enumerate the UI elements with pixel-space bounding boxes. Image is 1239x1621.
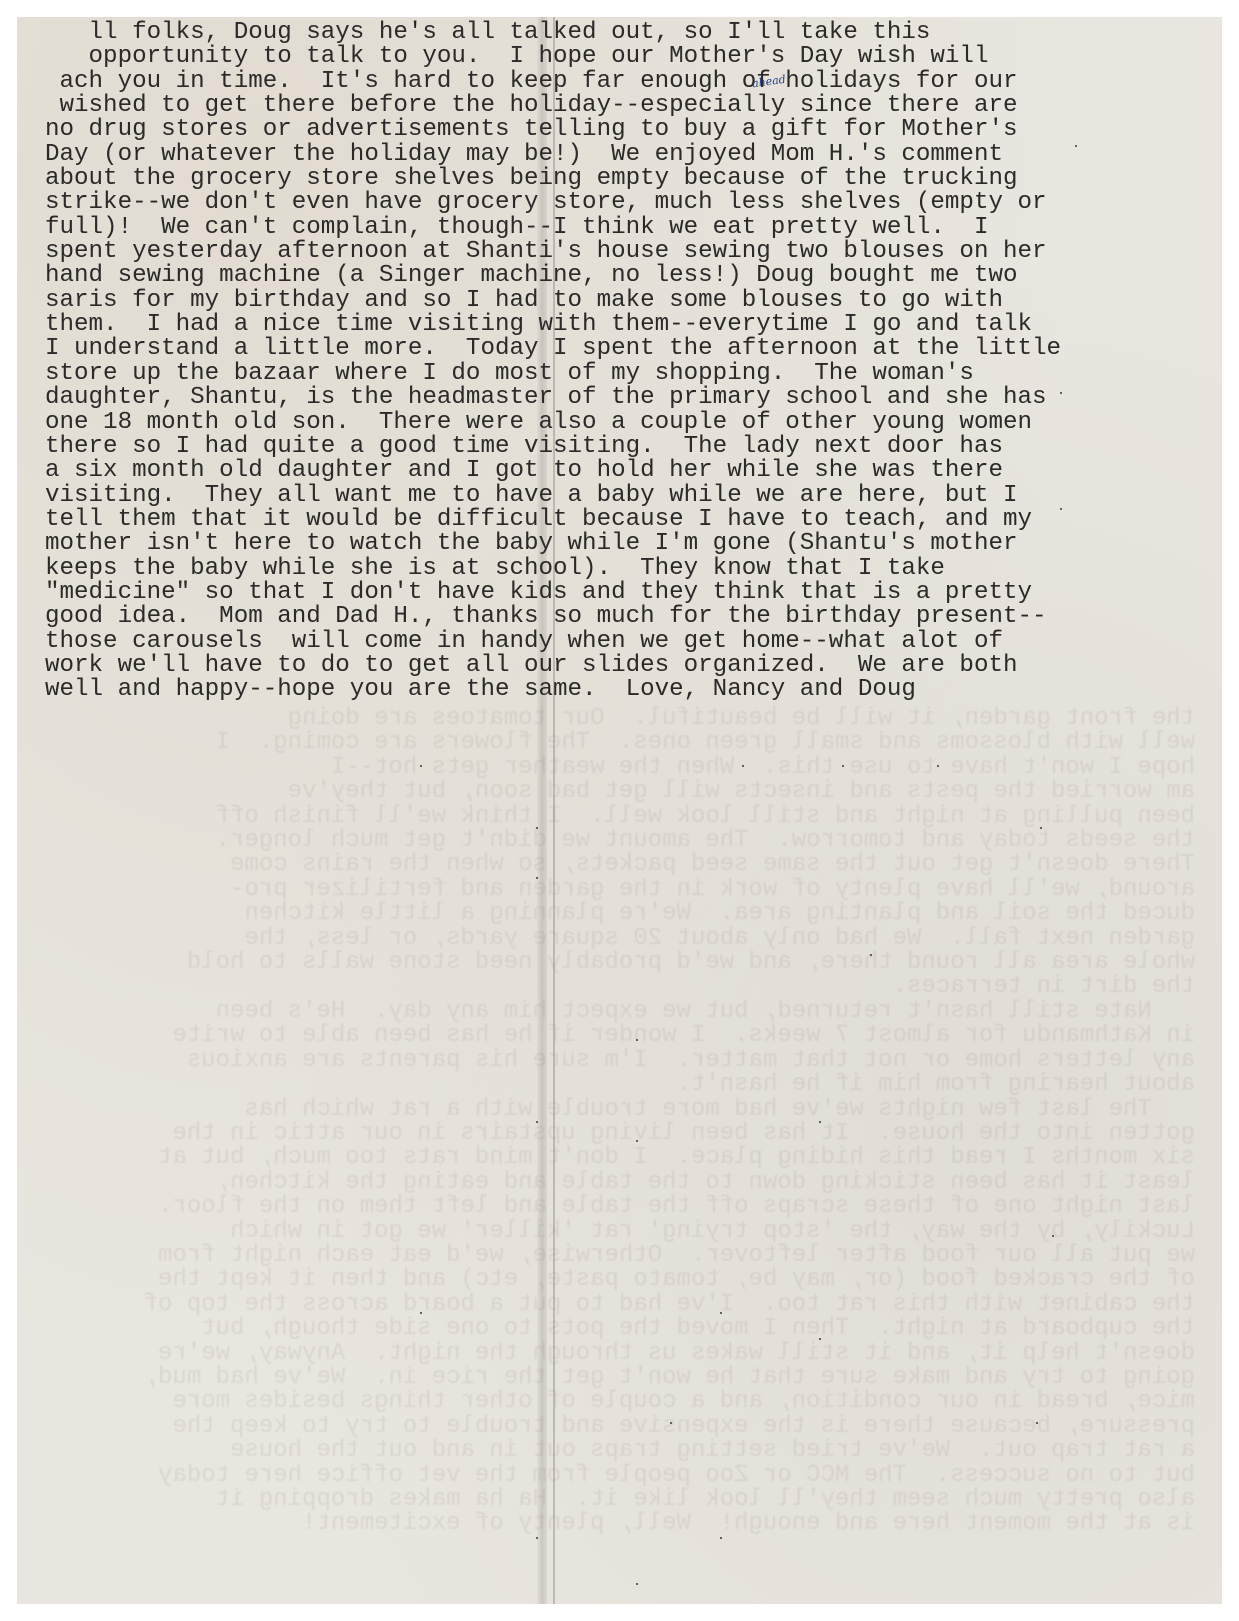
bleed-line: six months I read this hiding place. I d… <box>45 1146 1195 1170</box>
bleed-line: around, we'll have plenty of work in the… <box>45 878 1195 902</box>
letter-line: hand sewing machine (a Singer machine, n… <box>45 264 1061 288</box>
bleed-line: doesn't help it, and it still wakes us t… <box>45 1342 1195 1366</box>
bleed-line: the seeds today and tomorrow. The amount… <box>45 829 1195 853</box>
letter-line: ach you in time. It's hard to keep far e… <box>45 70 1061 94</box>
letter-line: Day (or whatever the holiday may be!) We… <box>45 143 1061 167</box>
bleed-line: least it has been sticking down to the t… <box>45 1171 1195 1195</box>
letter-line: about the grocery store shelves being em… <box>45 167 1061 191</box>
bleed-line: going to try and make sure that he won't… <box>45 1366 1195 1390</box>
bleed-line: the cupboard at night. Then I moved the … <box>45 1317 1195 1341</box>
bleed-line: well with blossoms and small green ones.… <box>45 731 1195 755</box>
letter-line: I understand a little more. Today I spen… <box>45 337 1061 361</box>
letter-line: a six month old daughter and I got to ho… <box>45 459 1061 483</box>
bleed-line: in Kathmandu for almost 7 weeks. I wonde… <box>45 1024 1195 1048</box>
bleed-line: garden next fall. We had only about 20 s… <box>45 927 1195 951</box>
bleed-line: pressure, because there is the expensive… <box>45 1415 1195 1439</box>
letter-line: visiting. They all want me to have a bab… <box>45 484 1061 508</box>
reverse-side-bleed-through-text: the front garden, it will be beautiful. … <box>45 707 1195 1537</box>
letter-line: keeps the baby while she is at school). … <box>45 557 1061 581</box>
letter-line: one 18 month old son. There were also a … <box>45 411 1061 435</box>
bleed-line: mice, bread in our condition, and a coup… <box>45 1390 1195 1414</box>
letter-line: those carousels will come in handy when … <box>45 630 1061 654</box>
typewritten-letter-body: ll folks, Doug says he's all talked out,… <box>45 21 1061 703</box>
bleed-line: the dirt in terraces. <box>45 975 1195 999</box>
bleed-line: about hearing from him if he hasn't. <box>45 1073 1195 1097</box>
letter-line: opportunity to talk to you. I hope our M… <box>45 45 1061 69</box>
bleed-line: last night one of these scraps off the t… <box>45 1195 1195 1219</box>
letter-line: mother isn't here to watch the baby whil… <box>45 532 1061 556</box>
bleed-line: Luckily, by the way, the 'stop trying' r… <box>45 1220 1195 1244</box>
letter-line: strike--we don't even have grocery store… <box>45 191 1061 215</box>
bleed-line: the cabinet with this rat too. I've had … <box>45 1293 1195 1317</box>
bleed-line: but to no success. The MCC or Zoo people… <box>45 1464 1195 1488</box>
letter-line: well and happy--hope you are the same. L… <box>45 678 1061 702</box>
bleed-line: gotten into the house. It has been livin… <box>45 1122 1195 1146</box>
letter-line: full)! We can't complain, though--I thin… <box>45 216 1061 240</box>
letter-line: "medicine" so that I don't have kids and… <box>45 581 1061 605</box>
bleed-line: also pretty much seem they'll look like … <box>45 1488 1195 1512</box>
letter-line: tell them that it would be difficult bec… <box>45 508 1061 532</box>
bleed-line: of the cracked food (or, may be, tomato … <box>45 1268 1195 1292</box>
letter-line: good idea. Mom and Dad H., thanks so muc… <box>45 605 1061 629</box>
bleed-line: Nate still hasn't returned, but we expec… <box>45 1000 1195 1024</box>
letter-line: ll folks, Doug says he's all talked out,… <box>45 21 1061 45</box>
bleed-line: is at the moment here and enough! Well, … <box>45 1512 1195 1536</box>
letter-line: store up the bazaar where I do most of m… <box>45 362 1061 386</box>
letter-line: daughter, Shantu, is the headmaster of t… <box>45 386 1061 410</box>
bleed-line: the front garden, it will be beautiful. … <box>45 707 1195 731</box>
bleed-line: any letters home or not that matter. I'm… <box>45 1049 1195 1073</box>
letter-line: spent yesterday afternoon at Shanti's ho… <box>45 240 1061 264</box>
letter-line: there so I had quite a good time visitin… <box>45 435 1061 459</box>
letter-line: work we'll have to do to get all our sli… <box>45 654 1061 678</box>
bleed-line: a rat trap out. We've tried setting trap… <box>45 1439 1195 1463</box>
bleed-line: hope I won't have to use this. When the … <box>45 756 1195 780</box>
bleed-line: duced the soil and planting area. We're … <box>45 902 1195 926</box>
letter-page: the front garden, it will be beautiful. … <box>17 17 1222 1604</box>
letter-line: no drug stores or advertisements telling… <box>45 118 1061 142</box>
letter-line: them. I had a nice time visiting with th… <box>45 313 1061 337</box>
bleed-line: The last few nights we've had more troub… <box>45 1098 1195 1122</box>
bleed-line: There doesn't get out the same seed pack… <box>45 853 1195 877</box>
bleed-line: am worried the pests and insects will ge… <box>45 780 1195 804</box>
bleed-line: we put all our food after leftover. Othe… <box>45 1244 1195 1268</box>
letter-line: wished to get there before the holiday--… <box>45 94 1061 118</box>
bleed-line: whole area all round there, and we'd pro… <box>45 951 1195 975</box>
bleed-line: been pulling at night and still look wel… <box>45 805 1195 829</box>
letter-line: saris for my birthday and so I had to ma… <box>45 289 1061 313</box>
